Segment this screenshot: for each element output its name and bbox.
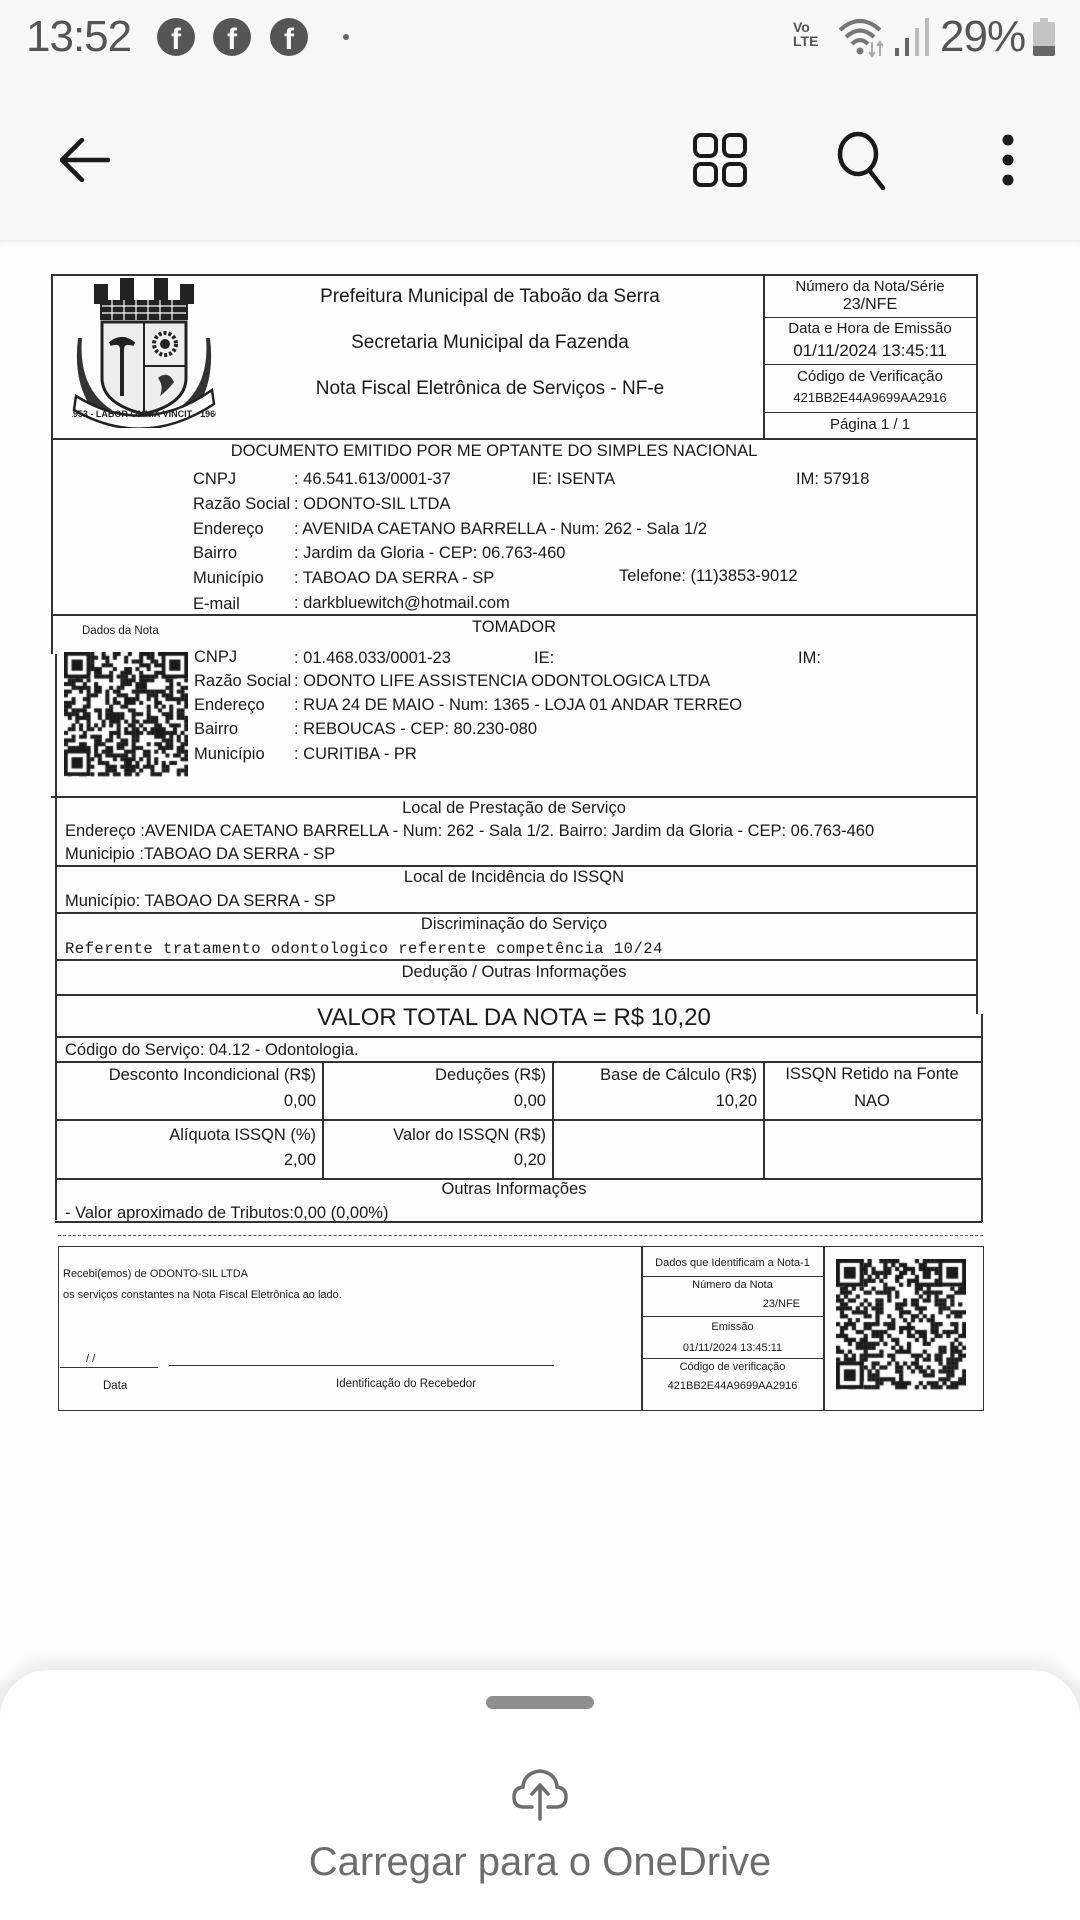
- valor-issqn-label: Valor do ISSQN (R$): [330, 1126, 546, 1145]
- aliquota-value: 2,00: [60, 1151, 316, 1170]
- codigo-servico: Código do Serviço: 04.12 - Odontologia.: [65, 1041, 359, 1060]
- recibo-line2: os serviços constantes na Nota Fiscal El…: [63, 1289, 342, 1301]
- wifi-icon: [836, 16, 888, 60]
- base-calculo-value: 10,20: [560, 1092, 757, 1111]
- tomador-ie: IE:: [534, 649, 554, 668]
- battery-icon: [1033, 18, 1055, 56]
- prestador-bairro-label: Bairro: [193, 544, 237, 563]
- recibo-emissao-value: 01/11/2024 13:45:11: [642, 1342, 823, 1354]
- prestador-email-label: E-mail: [193, 595, 240, 614]
- nfe-document-page: 1953 - LABOR OMNIA VINCIT - 1960 Prefeit…: [0, 240, 1080, 1680]
- prestador-cnpj-label: CNPJ: [193, 470, 236, 489]
- tomador-cnpj-label: CNPJ: [194, 648, 237, 667]
- grid-view-button[interactable]: [680, 120, 760, 200]
- recibo-codigo-value: 421BB2E44A9699AA2916: [642, 1380, 823, 1392]
- prestador-im: IM: 57918: [796, 470, 869, 489]
- discriminacao-title: Discriminação do Serviço: [51, 915, 977, 934]
- tomador-title: TOMADOR: [51, 618, 977, 637]
- document-viewer[interactable]: 1953 - LABOR OMNIA VINCIT - 1960 Prefeit…: [0, 240, 1080, 1680]
- recibo-recebedor-label: Identificação do Recebedor: [336, 1378, 476, 1390]
- signal-icon: [893, 16, 933, 58]
- prestador-municipio-label: Município: [193, 569, 264, 588]
- search-button[interactable]: [823, 120, 903, 200]
- prestador-telefone: Telefone: (11)3853-9012: [619, 567, 798, 586]
- outras-info-title: Outras Informações: [51, 1180, 977, 1199]
- status-time: 13:52: [26, 12, 131, 62]
- local-prestacao-municipio: Municipio :TABOAO DA SERRA - SP: [65, 845, 335, 864]
- recibo-numero-label: Número da Nota: [642, 1279, 823, 1291]
- valor-total: VALOR TOTAL DA NOTA = R$ 10,20: [51, 1004, 977, 1032]
- prestador-bairro-value: : Jardim da Gloria - CEP: 06.763-460: [294, 544, 565, 563]
- local-prestacao-endereco: Endereço :AVENIDA CAETANO BARRELLA - Num…: [65, 822, 874, 841]
- tomador-endereco-label: Endereço: [194, 696, 265, 715]
- desconto-value: 0,00: [60, 1092, 316, 1111]
- tomador-municipio-value: : CURITIBA - PR: [294, 745, 417, 764]
- desconto-label: Desconto Incondicional (R$): [60, 1066, 316, 1085]
- prestador-title: DOCUMENTO EMITIDO POR ME OPTANTE DO SIMP…: [51, 442, 977, 461]
- recibo-dados-title: Dados que Identificam a Nota-1: [642, 1257, 823, 1269]
- recibo-date-blank: / /: [86, 1353, 95, 1365]
- data-emissao-value: 01/11/2024 13:45:11: [764, 341, 976, 361]
- deducao-title: Dedução / Outras Informações: [51, 963, 977, 982]
- local-incidencia-title: Local de Incidência do ISSQN: [51, 868, 977, 887]
- qr-code-dados-nota: [64, 652, 188, 784]
- numero-nota-value: 23/NFE: [764, 296, 976, 314]
- issqn-retido-label: ISSQN Retido na Fonte: [764, 1065, 980, 1084]
- prestador-ie: IE: ISENTA: [532, 470, 615, 489]
- aliquota-label: Alíquota ISSQN (%): [60, 1126, 316, 1145]
- pagina-indicator: Página 1 / 1: [764, 416, 976, 433]
- header-secretaria: Secretaria Municipal da Fazenda: [260, 332, 720, 354]
- sheet-drag-handle[interactable]: [486, 1696, 594, 1709]
- facebook-icon: f: [157, 18, 195, 56]
- app-bar: [0, 80, 1080, 240]
- upload-to-onedrive-label: Carregar para o OneDrive: [0, 1840, 1080, 1885]
- recibo-line1: Recebi(emos) de ODONTO-SIL LTDA: [63, 1268, 248, 1280]
- tomador-bairro-value: : REBOUCAS - CEP: 80.230-080: [294, 720, 537, 739]
- cloud-upload-icon: [510, 1763, 570, 1823]
- tomador-razao-label: Razão Social: [194, 672, 291, 691]
- recibo-data-label: Data: [103, 1380, 127, 1392]
- status-bar: 13:52 f f f VoLTE 29%: [0, 0, 1080, 80]
- more-options-button[interactable]: [968, 120, 1048, 200]
- valor-issqn-value: 0,20: [330, 1151, 546, 1170]
- qr-code-recibo: [836, 1259, 966, 1391]
- codigo-verificacao-label: Código de Verificação: [764, 368, 976, 385]
- tomador-bairro-label: Bairro: [194, 720, 238, 739]
- dot-icon: [343, 34, 349, 40]
- municipal-crest-logo: 1953 - LABOR OMNIA VINCIT - 1960: [72, 278, 216, 428]
- local-incidencia-municipio: Município: TABOAO DA SERRA - SP: [65, 892, 336, 911]
- tomador-razao-value: : ODONTO LIFE ASSISTENCIA ODONTOLOGICA L…: [294, 672, 710, 691]
- tomador-im: IM:: [798, 649, 821, 668]
- deducoes-value: 0,00: [330, 1092, 546, 1111]
- volte-icon: VoLTE: [793, 20, 818, 48]
- prestador-razao-value: : ODONTO-SIL LTDA: [294, 495, 450, 514]
- tomador-cnpj-value: : 01.468.033/0001-23: [294, 649, 451, 668]
- bottom-sheet: Carregar para o OneDrive: [0, 1670, 1080, 1920]
- upload-to-onedrive-button[interactable]: Carregar para o OneDrive: [280, 1750, 800, 1900]
- local-prestacao-title: Local de Prestação de Serviço: [51, 799, 977, 818]
- issqn-retido-value: NAO: [764, 1092, 980, 1111]
- facebook-icon: f: [213, 18, 251, 56]
- svg-text:1953 - LABOR OMNIA VINCIT - 19: 1953 - LABOR OMNIA VINCIT - 1960: [72, 409, 216, 419]
- deducoes-label: Deduções (R$): [330, 1066, 546, 1085]
- header-doc-type: Nota Fiscal Eletrônica de Serviços - NF-…: [260, 378, 720, 400]
- battery-percent: 29%: [940, 12, 1025, 62]
- data-emissao-label: Data e Hora de Emissão: [764, 320, 976, 337]
- prestador-endereco-value: : AVENIDA CAETANO BARRELLA - Num: 262 - …: [294, 520, 707, 539]
- cut-line: [58, 1235, 983, 1236]
- codigo-verificacao-value: 421BB2E44A9699AA2916: [764, 390, 976, 405]
- tomador-endereco-value: : RUA 24 DE MAIO - Num: 1365 - LOJA 01 A…: [294, 696, 742, 715]
- back-arrow-icon: [58, 138, 110, 182]
- tomador-municipio-label: Município: [194, 745, 265, 764]
- facebook-icon: f: [270, 18, 308, 56]
- more-vert-icon: [1001, 134, 1015, 186]
- recibo-numero-value: 23/NFE: [642, 1298, 800, 1310]
- recibo-emissao-label: Emissão: [642, 1321, 823, 1333]
- prestador-razao-label: Razão Social: [193, 495, 290, 514]
- prestador-endereco-label: Endereço: [193, 520, 264, 539]
- search-icon: [833, 130, 893, 190]
- numero-nota-label: Número da Nota/Série: [764, 278, 976, 295]
- recibo-codigo-label: Código de verificação: [642, 1361, 823, 1373]
- header-prefeitura: Prefeitura Municipal de Taboão da Serra: [260, 286, 720, 308]
- grid-view-icon: [692, 132, 748, 188]
- prestador-email-value: : darkbluewitch@hotmail.com: [294, 594, 510, 613]
- base-calculo-label: Base de Cálculo (R$): [560, 1066, 757, 1085]
- prestador-cnpj-value: : 46.541.613/0001-37: [294, 470, 451, 489]
- back-button[interactable]: [44, 120, 124, 200]
- prestador-municipio-value: : TABOAO DA SERRA - SP: [294, 569, 494, 588]
- discriminacao-text: Referente tratamento odontologico refere…: [65, 940, 663, 958]
